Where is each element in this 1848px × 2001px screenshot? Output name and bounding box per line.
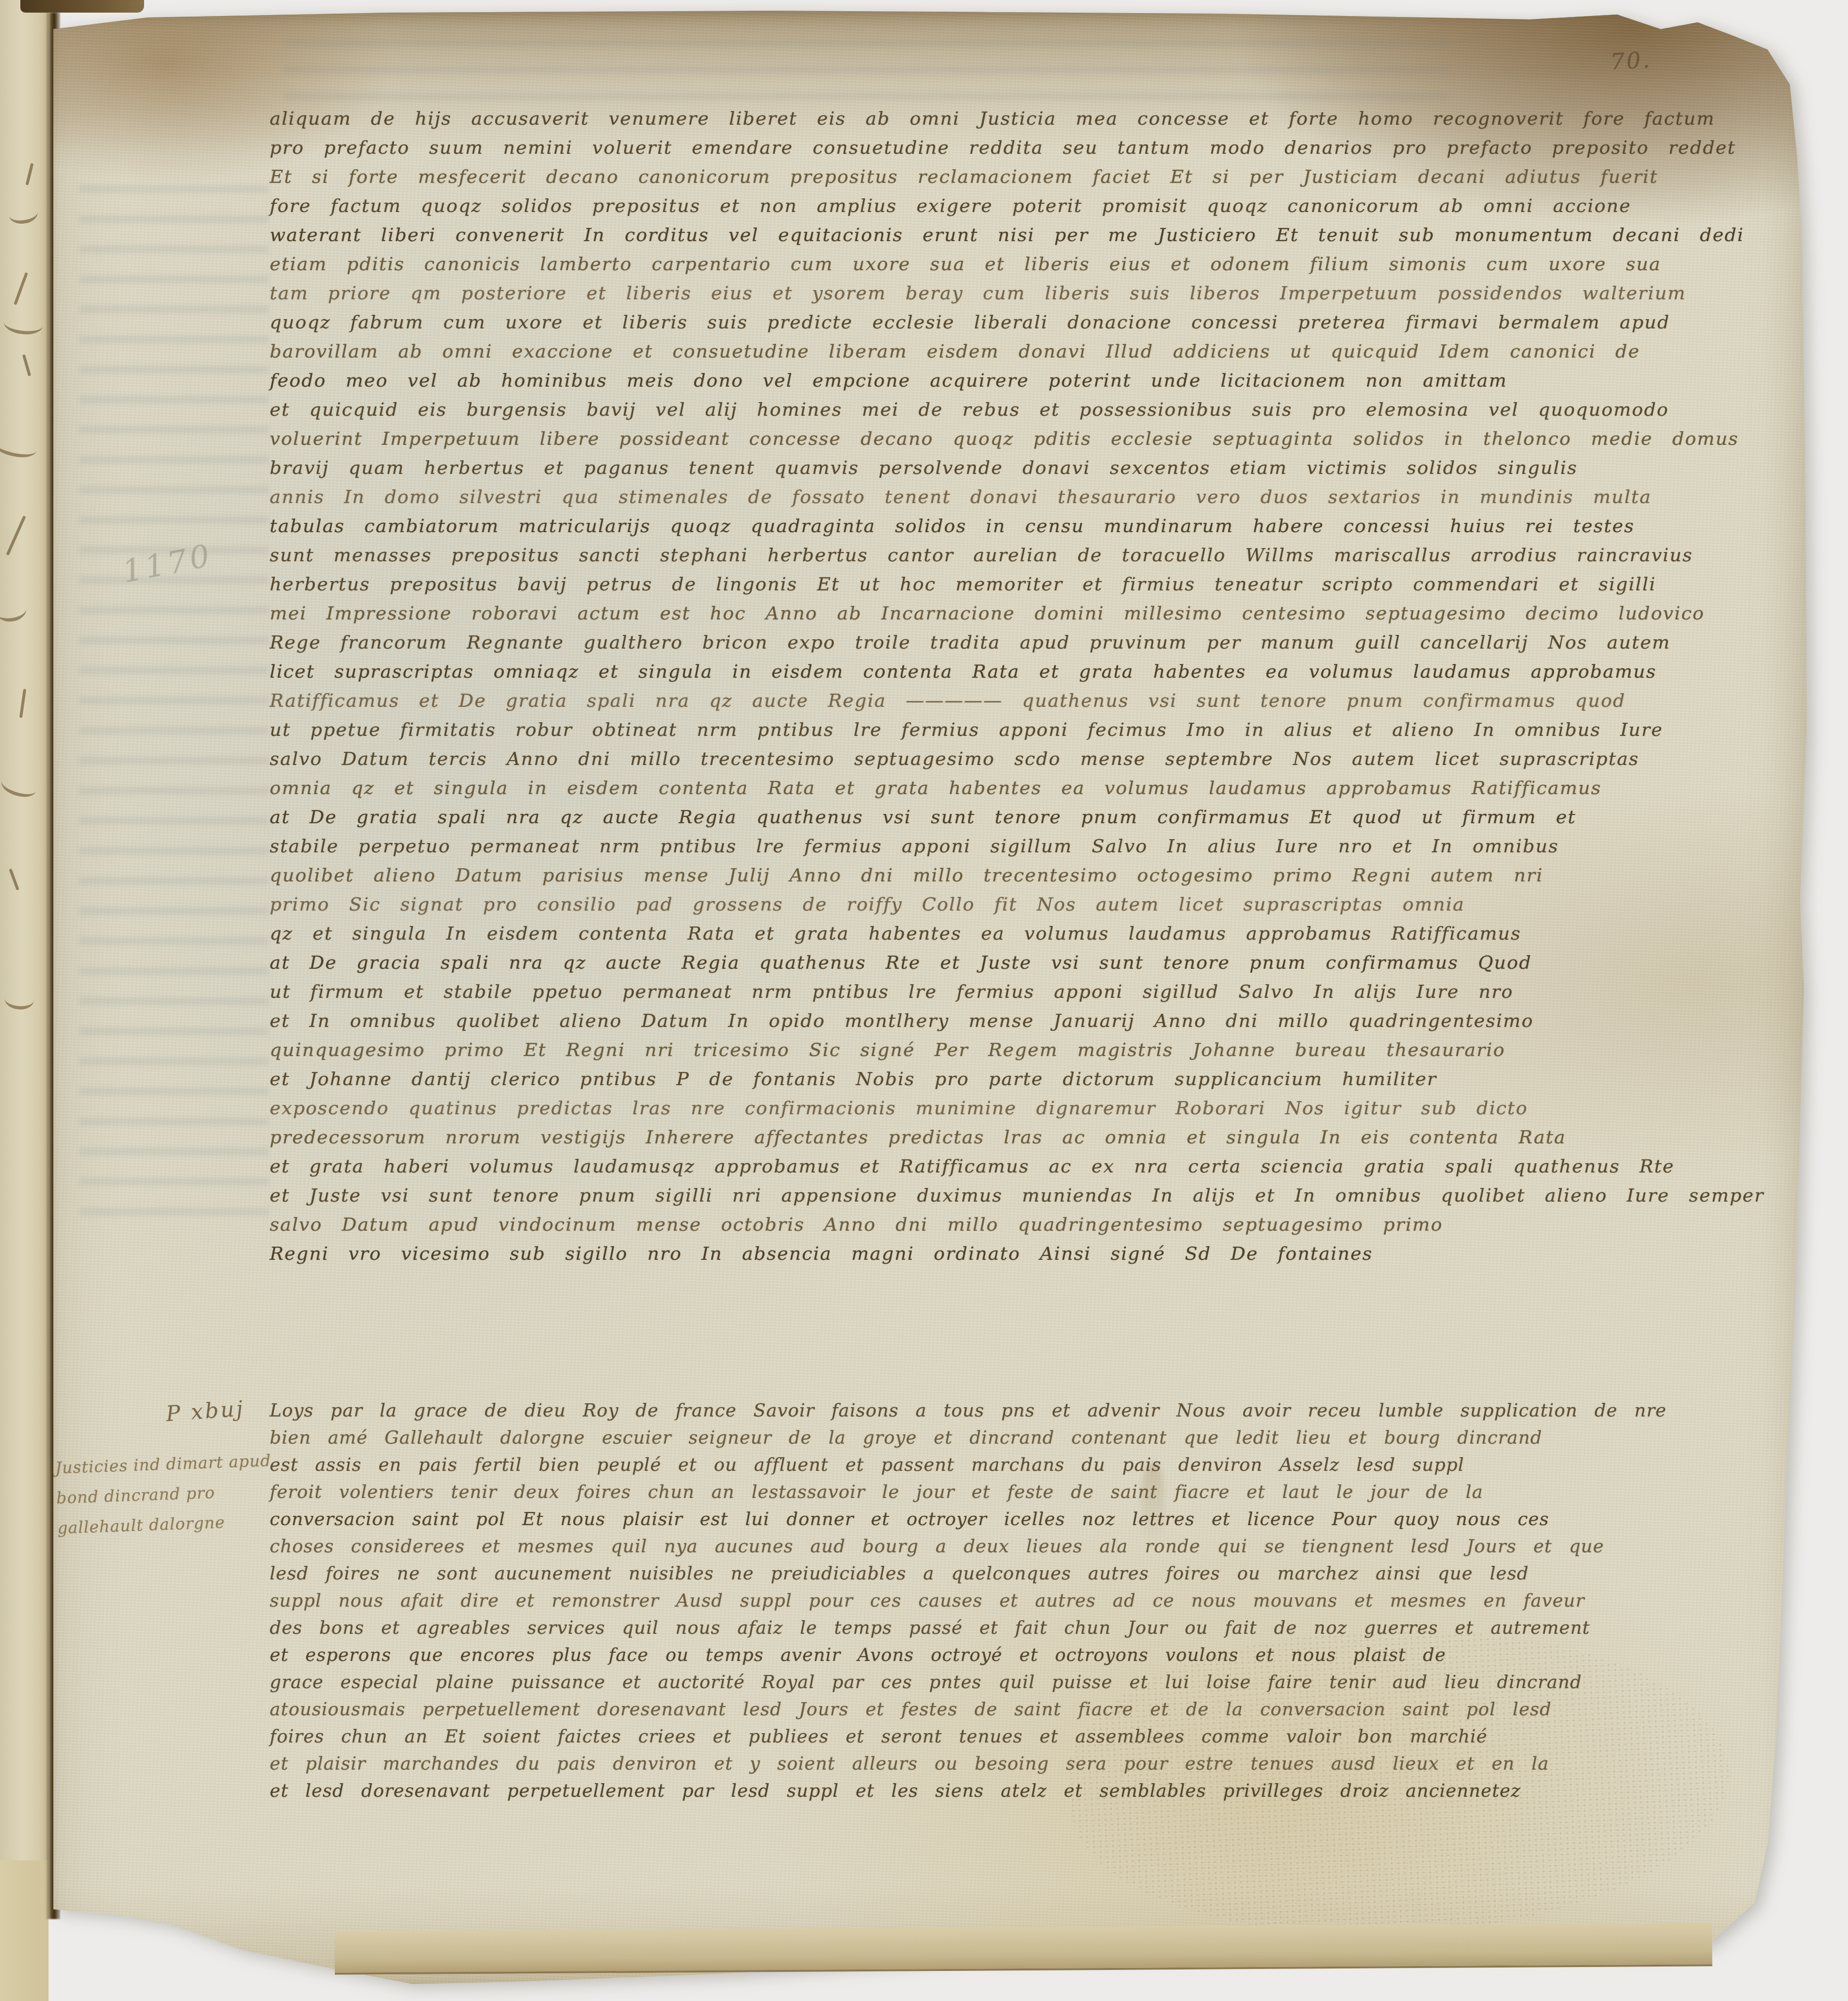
manuscript-line: pro prefacto suum nemini voluerit emenda… xyxy=(270,133,1686,162)
manuscript-line: feodo meo vel ab hominibus meis dono vel… xyxy=(270,366,1686,395)
manuscript-line: quinquagesimo primo Et Regni nri tricesi… xyxy=(270,1035,1686,1064)
manuscript-line: quolibet alieno Datum parisius mense Jul… xyxy=(270,861,1686,890)
manuscript-line: salvo Datum apud vindocinum mense octobr… xyxy=(270,1210,1686,1239)
manuscript-line: bravij quam herbertus et paganus tenent … xyxy=(270,453,1686,482)
manuscript-line: Et si forte mesfecerit decano canonicoru… xyxy=(270,162,1686,191)
manuscript-line: exposcendo quatinus predictas lras nre c… xyxy=(270,1093,1686,1123)
manuscript-line: etiam pditis canonicis lamberto carpenta… xyxy=(270,249,1686,278)
manuscript-line: et quicquid eis burgensis bavij vel alij… xyxy=(270,395,1686,424)
manuscript-line: at De gratia spali nra qz aucte Regia qu… xyxy=(270,802,1686,831)
manuscript-line: et lesd doresenavant perpetuellement par… xyxy=(270,1777,1705,1805)
manuscript-line: et esperons que encores plus face ou tem… xyxy=(270,1642,1705,1669)
manuscript-line: fore factum quoqz solidos prepositus et … xyxy=(270,191,1686,220)
manuscript-line: primo Sic signat pro consilio pad grosse… xyxy=(270,890,1686,919)
manuscript-line: sunt menasses prepositus sancti stephani… xyxy=(270,540,1686,569)
manuscript-line: est assis en pais fertil bien peuplé et … xyxy=(270,1451,1705,1479)
manuscript-line: tabulas cambiatorum matricularijs quoqz … xyxy=(270,511,1686,540)
manuscript-line-signature: Regni vro vicesimo sub sigillo nro In ab… xyxy=(270,1239,1686,1268)
manuscript-line: feroit volentiers tenir deux foires chun… xyxy=(270,1479,1705,1506)
pencil-date-annotation: 1170 xyxy=(120,538,216,590)
manuscript-line: mei Impressione roboravi actum est hoc A… xyxy=(270,599,1686,628)
manuscript-line: et Juste vsi sunt tenore pnum sigilli nr… xyxy=(270,1181,1686,1210)
manuscript-line: omnia qz et singula in eisdem contenta R… xyxy=(270,773,1686,802)
manuscript-line: aliquam de hijs accusaverit venumere lib… xyxy=(270,104,1686,133)
manuscript-line: Loys par la grace de dieu Roy de france … xyxy=(270,1397,1705,1424)
manuscript-line: et plaisir marchandes du pais denviron e… xyxy=(270,1750,1705,1777)
manuscript-line: at De gracia spali nra qz aucte Regia qu… xyxy=(270,948,1686,977)
manuscript-line: choses considerees et mesmes quil nya au… xyxy=(270,1533,1705,1560)
manuscript-line: tam priore qm posteriore et liberis eius… xyxy=(270,278,1686,308)
manuscript-line: licet suprascriptas omniaqz et singula i… xyxy=(270,657,1686,686)
manuscript-line: atousiousmais perpetuellement doresenava… xyxy=(270,1696,1705,1723)
manuscript-line: conversacion saint pol Et nous plaisir e… xyxy=(270,1506,1705,1533)
manuscript-line: stabile perpetuo permaneat nrm pntibus l… xyxy=(270,831,1686,861)
manuscript-line: lesd foires ne sont aucunement nuisibles… xyxy=(270,1560,1705,1587)
under-page-edge xyxy=(335,1922,1712,1974)
margin-note: Justicies ind dimart apud bond dincrand … xyxy=(55,1446,266,1544)
show-through-ghost xyxy=(80,185,269,1228)
manuscript-line: grace especial plaine puissance et aucto… xyxy=(270,1669,1705,1696)
manuscript-line: herbertus prepositus bavij petrus de lin… xyxy=(270,569,1686,599)
manuscript-line: et Johanne dantij clerico pntibus P de f… xyxy=(270,1064,1686,1093)
page-shadow-wrap: 70. 1170 aliquam de hijs accusaverit ven… xyxy=(0,0,1848,2001)
manuscript-scan: 70. 1170 aliquam de hijs accusaverit ven… xyxy=(0,0,1848,2001)
manuscript-line: foires chun an Et soient faictes criees … xyxy=(270,1723,1705,1750)
manuscript-line: waterant liberi convenerit In corditus v… xyxy=(270,220,1686,249)
show-through-ghost xyxy=(283,40,1447,103)
manuscript-line: des bons et agreables services quil nous… xyxy=(270,1614,1705,1642)
manuscript-line: salvo Datum tercis Anno dni millo trecen… xyxy=(270,744,1686,773)
manuscript-line: qz et singula In eisdem contenta Rata et… xyxy=(270,919,1686,948)
manuscript-line: Rege francorum Regnante gualthero bricon… xyxy=(270,628,1686,657)
manuscript-line: suppl nous afait dire et remonstrer Ausd… xyxy=(270,1587,1705,1614)
manuscript-line: et In omnibus quolibet alieno Datum In o… xyxy=(270,1006,1686,1035)
manuscript-line: Ratifficamus et De gratia spali nra qz a… xyxy=(270,686,1686,715)
manuscript-line: quoqz fabrum cum uxore et liberis suis p… xyxy=(270,308,1686,337)
manuscript-line: voluerint Imperpetuum libere possideant … xyxy=(270,424,1686,453)
manuscript-line: annis In domo silvestri qua stimenales d… xyxy=(270,482,1686,511)
margin-rubric-numeral: P xbuj xyxy=(165,1396,245,1426)
manuscript-line: ut ppetue firmitatis robur obtineat nrm … xyxy=(270,715,1686,744)
manuscript-line: predecessorum nrorum vestigijs Inherere … xyxy=(270,1123,1686,1152)
manuscript-line: barovillam ab omni exaccione et consuetu… xyxy=(270,337,1686,366)
folio-number: 70. xyxy=(1610,47,1653,75)
latin-text-block: aliquam de hijs accusaverit venumere lib… xyxy=(270,104,1686,1268)
manuscript-line: ut firmum et stabile ppetuo permaneat nr… xyxy=(270,977,1686,1006)
parchment-page: 70. 1170 aliquam de hijs accusaverit ven… xyxy=(50,11,1816,1993)
french-text-block: Loys par la grace de dieu Roy de france … xyxy=(270,1397,1705,1805)
manuscript-line: et grata haberi volumus laudamusqz appro… xyxy=(270,1152,1686,1181)
manuscript-line: bien amé Gallehault dalorgne escuier sei… xyxy=(270,1424,1705,1451)
